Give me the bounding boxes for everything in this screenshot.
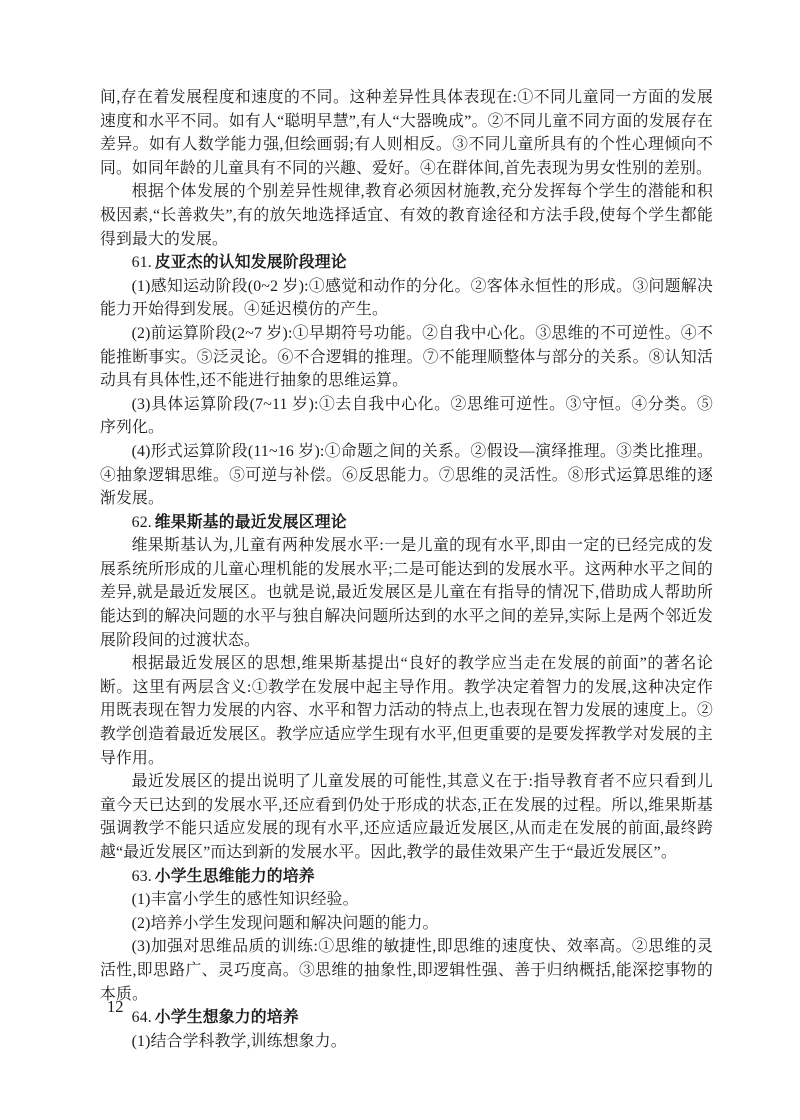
page-number: 12	[107, 997, 124, 1017]
paragraph: 间,存在着发展程度和速度的不同。这种差异性具体表现在:①不同儿童同一方面的发展速…	[100, 86, 713, 180]
section-number: 63.	[132, 868, 152, 885]
section-number: 61.	[132, 254, 152, 271]
paragraph: 根据最近发展区的思想,维果斯基提出“良好的教学应当走在发展的前面”的著名论断。这…	[100, 652, 713, 770]
paragraph: (1)感知运动阶段(0~2 岁):①感觉和动作的分化。②客体永恒性的形成。③问题…	[100, 275, 713, 322]
section-heading: 62. 维果斯基的最近发展区理论	[100, 511, 713, 535]
paragraph: (2)前运算阶段(2~7 岁):①早期符号功能。②自我中心化。③思维的不可逆性。…	[100, 322, 713, 393]
paragraph: 根据个体发展的个别差异性规律,教育必须因材施教,充分发挥每个学生的潜能和积极因素…	[100, 180, 713, 251]
paragraph: 维果斯基认为,儿童有两种发展水平:一是儿童的现有水平,即由一定的已经完成的发展系…	[100, 534, 713, 652]
section-title: 小学生思维能力的培养	[155, 868, 315, 885]
paragraph: (2)培养小学生发现问题和解决问题的能力。	[100, 912, 713, 936]
paragraph: (3)具体运算阶段(7~11 岁):①去自我中心化。②思维可逆性。③守恒。④分类…	[100, 393, 713, 440]
book-page: 间,存在着发展程度和速度的不同。这种差异性具体表现在:①不同儿童同一方面的发展速…	[0, 0, 800, 1120]
section-heading: 61. 皮亚杰的认知发展阶段理论	[100, 251, 713, 275]
paragraph: 最近发展区的提出说明了儿童发展的可能性,其意义在于:指导教育者不应只看到儿童今天…	[100, 770, 713, 864]
paragraph: (1)结合学科教学,训练想象力。	[100, 1030, 713, 1054]
paragraph: (3)加强对思维品质的训练:①思维的敏捷性,即思维的速度快、效率高。②思维的灵活…	[100, 935, 713, 1006]
section-number: 62.	[132, 514, 152, 531]
section-heading: 64. 小学生想象力的培养	[100, 1006, 713, 1030]
paragraph: (4)形式运算阶段(11~16 岁):①命题之间的关系。②假设—演绎推理。③类比…	[100, 440, 713, 511]
paragraph: (1)丰富小学生的感性知识经验。	[100, 888, 713, 912]
section-title: 维果斯基的最近发展区理论	[155, 514, 347, 531]
page-content: 间,存在着发展程度和速度的不同。这种差异性具体表现在:①不同儿童同一方面的发展速…	[100, 86, 713, 1053]
section-title: 皮亚杰的认知发展阶段理论	[155, 254, 347, 271]
section-heading: 63. 小学生思维能力的培养	[100, 865, 713, 889]
section-title: 小学生想象力的培养	[155, 1009, 299, 1026]
section-number: 64.	[132, 1009, 152, 1026]
